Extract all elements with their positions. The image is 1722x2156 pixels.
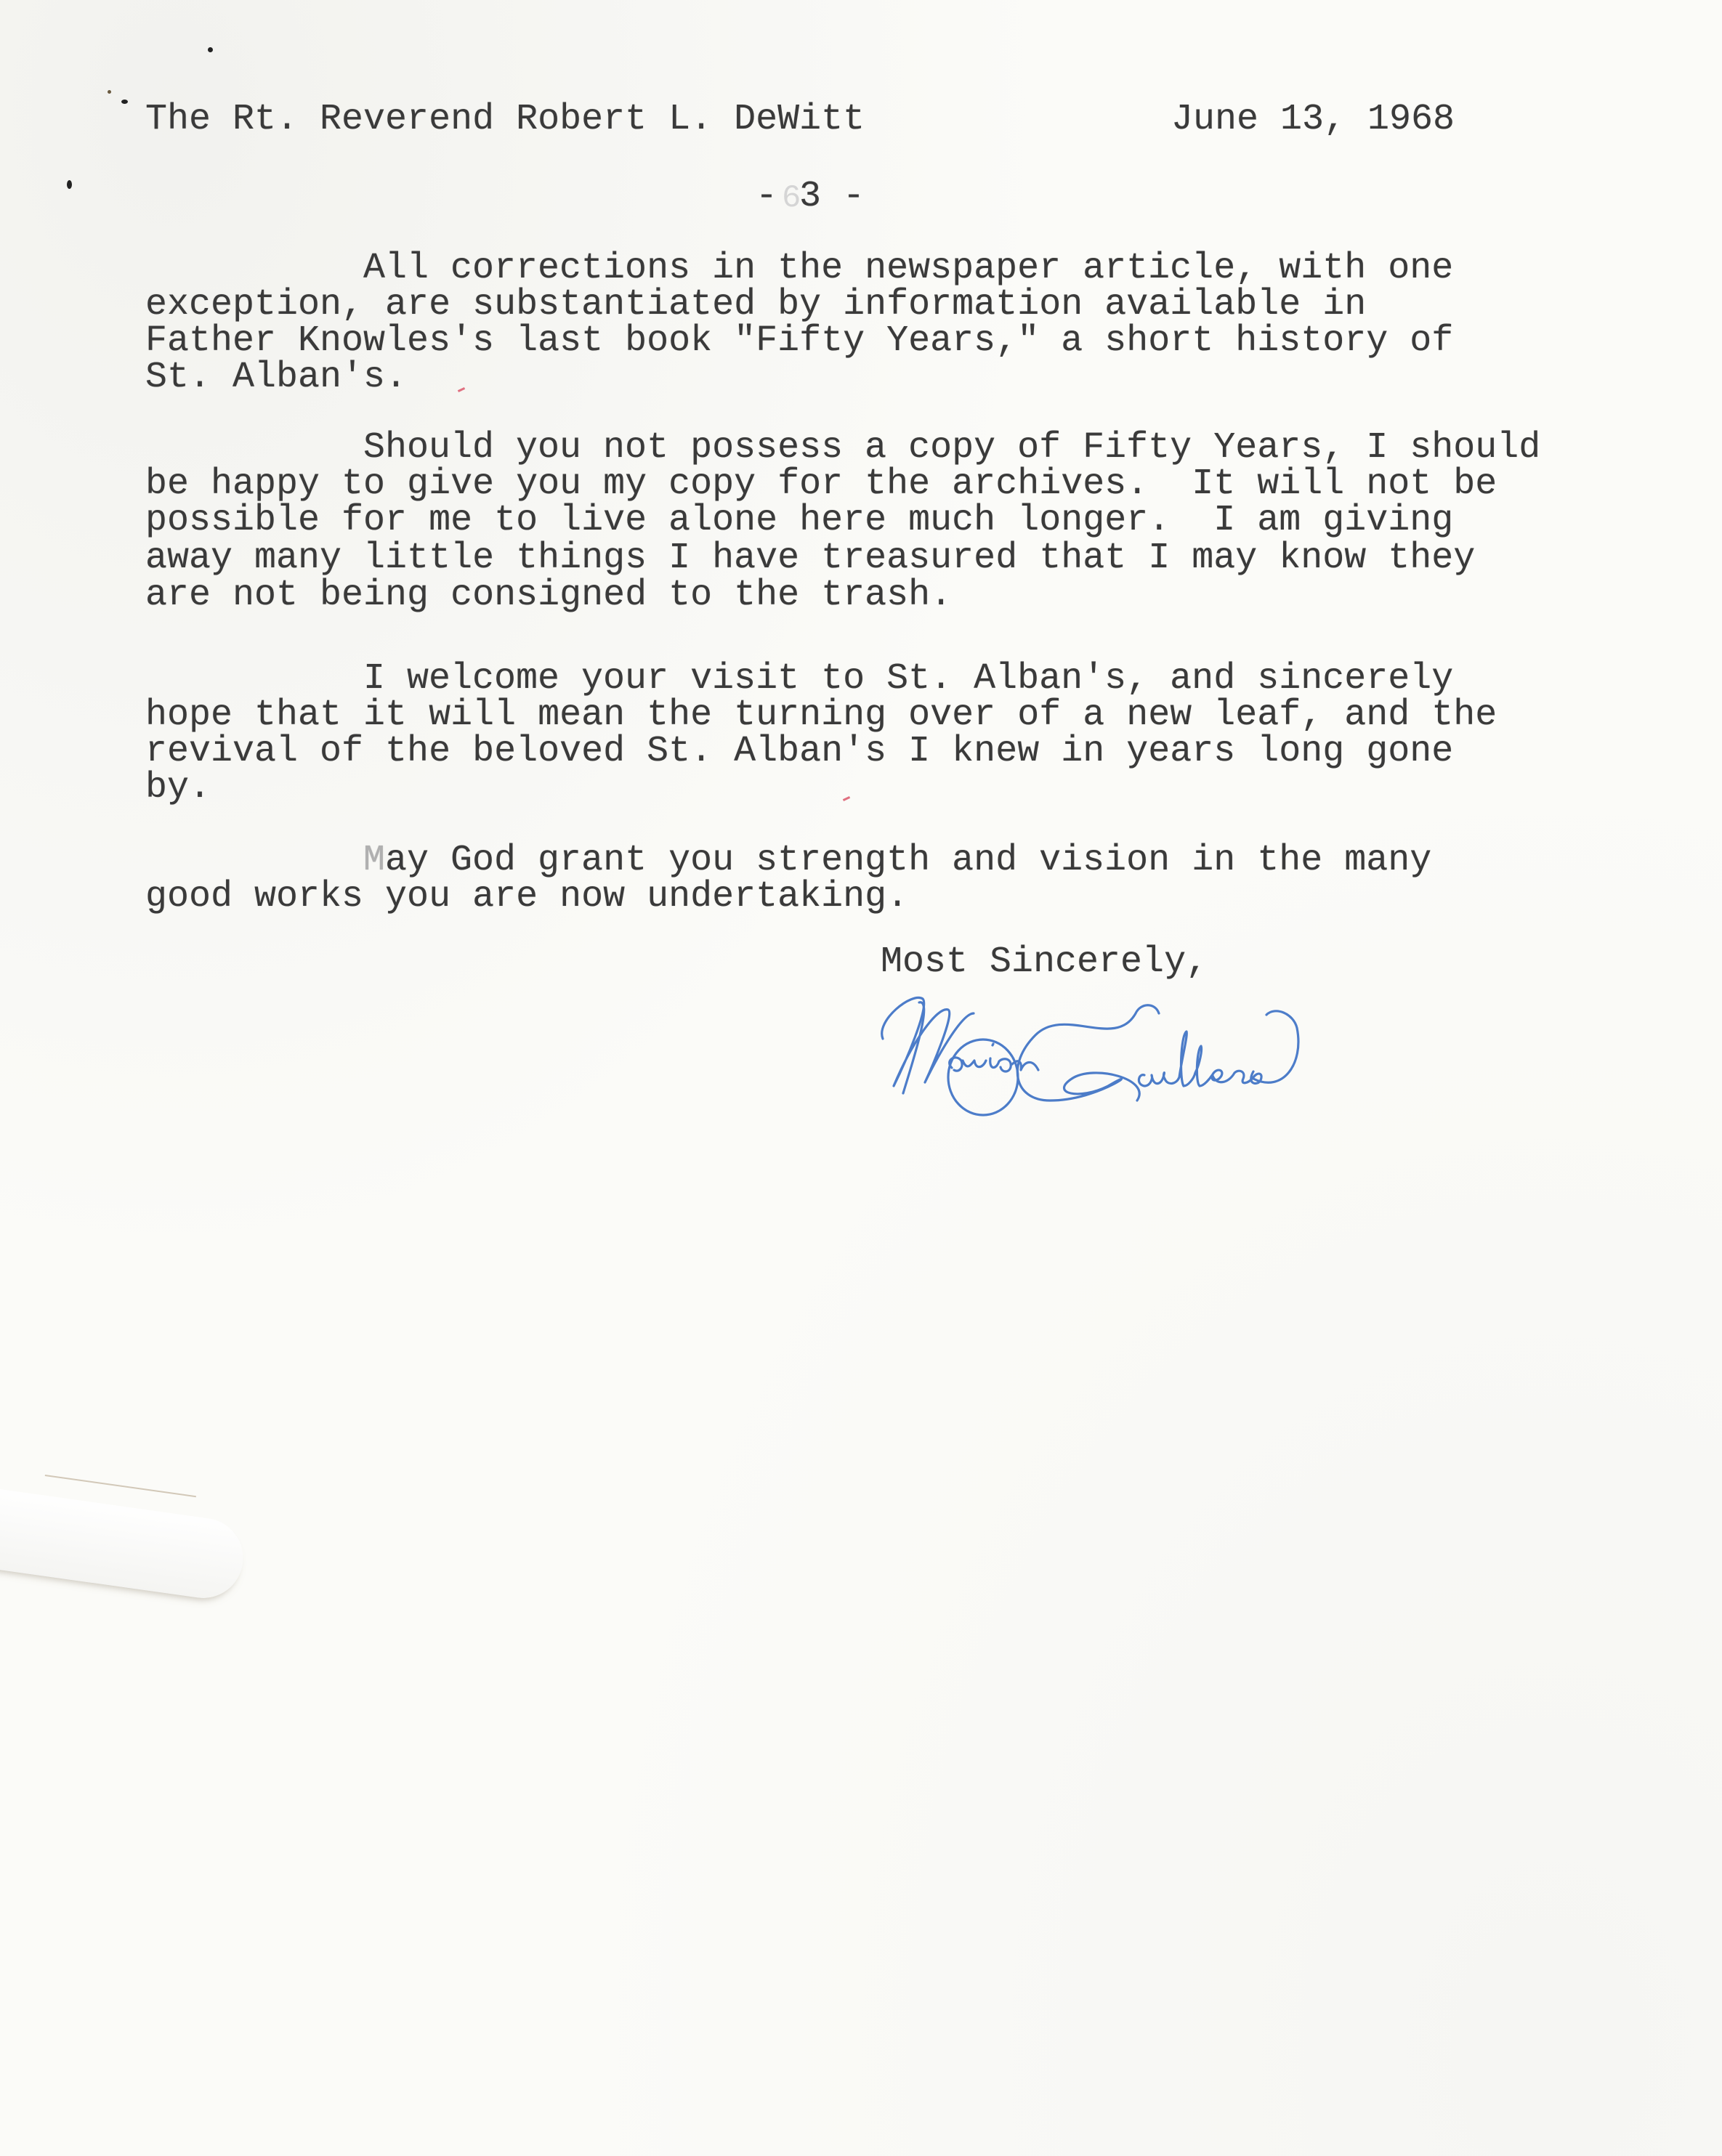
paragraph-line: I welcome your visit to St. Alban's, and… [363,661,1453,697]
paragraph-line: away many little things I have treasured… [145,540,1475,577]
punch-mark [208,47,213,52]
punch-mark [121,100,128,104]
paragraph-line: good works you are now undertaking. [145,879,908,915]
closing: Most Sincerely, [881,944,1208,981]
paragraph-line: by. [145,770,211,806]
recipient-line: The Rt. Reverend Robert L. DeWitt [145,102,865,138]
punch-mark [108,90,111,94]
paragraph-line: May God grant you strength and vision in… [363,843,1431,879]
paragraph-line: possible for me to live alone here much … [145,503,1453,539]
paragraph-line: All corrections in the newspaper article… [363,251,1453,287]
paragraph-line: Father Knowles's last book "Fifty Years,… [145,323,1453,360]
paragraph-line: hope that it will mean the turning over … [145,697,1497,734]
date-line: June 13, 1968 [1171,102,1455,138]
paragraph-line: be happy to give you my copy for the arc… [145,466,1497,503]
signature [868,992,1450,1122]
line-text: ay God grant you strength and vision in … [385,840,1431,881]
paragraph-line: St. Alban's. [145,360,407,396]
paragraph-line: revival of the beloved St. Alban's I kne… [145,734,1453,770]
punch-mark [67,180,72,189]
paragraph-line: Should you not possess a copy of Fifty Y… [363,430,1540,466]
faint-first-letter: M [363,840,385,881]
page-number: - 3 - [756,179,865,215]
paragraph-line: exception, are substantiated by informat… [145,287,1366,323]
paragraph-line: are not being consigned to the trash. [145,577,952,614]
